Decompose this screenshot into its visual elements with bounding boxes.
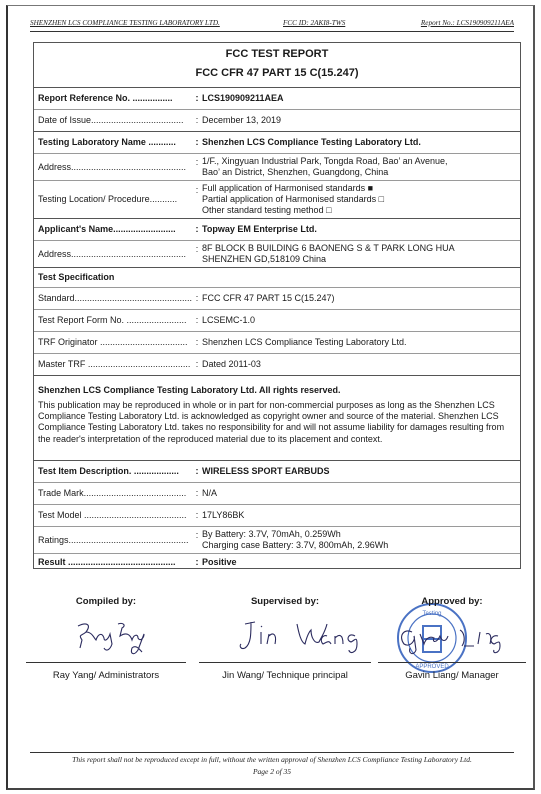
applicant-address-label: Address.................................… [34, 249, 193, 260]
row-lab-address: Address.................................… [34, 153, 520, 180]
row-testing-procedure: Testing Location/ Procedure........... :… [34, 180, 520, 218]
applicant-address-value: 8F BLOCK B BUILDING 6 BAONENG S & T PARK… [201, 243, 520, 265]
rights-heading: Shenzhen LCS Compliance Testing Laborato… [34, 380, 520, 400]
colon: : [193, 137, 201, 148]
row-form-no: Test Report Form No. ...................… [34, 309, 520, 331]
report-title: FCC TEST REPORT FCC CFR 47 PART 15 C(15.… [34, 43, 520, 88]
test-model-label: Test Model .............................… [34, 510, 193, 521]
procedure-option-other: Other standard testing method □ [202, 205, 520, 216]
colon: : [193, 488, 201, 499]
signature-supervised: Supervised by: Jin Wang/ Technique princ… [199, 592, 371, 692]
title-line-1: FCC TEST REPORT [34, 43, 520, 61]
signature-approved: Testing APPROVED Approved by: Gavin Lian… [378, 592, 526, 692]
row-applicant-name: Applicant's Name........................… [34, 218, 520, 240]
signature-compiled: Compiled by: Ray Yang/ Administrators [26, 592, 186, 692]
procedure-option-full: Full application of Harmonised standards… [202, 183, 520, 194]
approved-by-label: Approved by: [378, 596, 526, 607]
supervised-by-label: Supervised by: [199, 596, 371, 607]
row-applicant-address: Address.................................… [34, 240, 520, 267]
colon: : [193, 315, 201, 326]
row-lab-name: Testing Laboratory Name ........... : Sh… [34, 131, 520, 153]
lab-name-value: Shenzhen LCS Compliance Testing Laborato… [201, 137, 520, 148]
master-trf-label: Master TRF .............................… [34, 359, 193, 370]
lab-address-value: 1/F., Xingyuan Industrial Park, Tongda R… [201, 156, 520, 178]
lab-address-line-1: 1/F., Xingyuan Industrial Park, Tongda R… [202, 156, 520, 167]
ratings-label: Ratings.................................… [34, 535, 193, 546]
test-item-value: WIRELESS SPORT EARBUDS [201, 466, 520, 477]
signature-gavin-liang-icon [378, 610, 526, 656]
approved-by-name: Gavin Liang/ Manager [378, 670, 526, 681]
procedure-option-partial: Partial application of Harmonised standa… [202, 194, 520, 205]
colon: : [193, 527, 201, 541]
trade-mark-label: Trade Mark..............................… [34, 488, 193, 499]
applicant-name-value: Topway EM Enterprise Ltd. [201, 224, 520, 235]
checked-box-icon: ■ [368, 183, 373, 193]
form-no-value: LCSEMC-1.0 [201, 315, 520, 326]
colon: : [193, 241, 201, 255]
form-no-label: Test Report Form No. ...................… [34, 315, 193, 326]
procedure-label: Testing Location/ Procedure........... [34, 194, 193, 205]
page-number: Page 2 of 35 [30, 767, 514, 776]
signature-line [26, 662, 186, 663]
ratings-line-1: By Battery: 3.7V, 70mAh, 0.259Wh [202, 529, 520, 540]
rights-section: Shenzhen LCS Compliance Testing Laborato… [34, 375, 520, 460]
row-trade-mark: Trade Mark..............................… [34, 482, 520, 504]
row-report-ref: Report Reference No. ................ : … [34, 88, 520, 109]
lab-address-label: Address.................................… [34, 162, 193, 173]
applicant-address-line-2: SHENZHEN GD,518109 China [202, 254, 520, 265]
report-ref-value: LCS190909211AEA [201, 93, 520, 104]
colon: : [193, 337, 201, 348]
ratings-value: By Battery: 3.7V, 70mAh, 0.259Wh Chargin… [201, 529, 520, 551]
standard-label: Standard................................… [34, 293, 193, 304]
title-line-2: FCC CFR 47 PART 15 C(15.247) [34, 61, 520, 80]
applicant-address-line-1: 8F BLOCK B BUILDING 6 BAONENG S & T PARK… [202, 243, 520, 254]
row-result: Result .................................… [34, 553, 520, 570]
colon: : [193, 557, 201, 568]
footer-note: This report shall not be reproduced exce… [30, 755, 514, 764]
signature-line [378, 662, 526, 663]
test-model-value: 17LY86BK [201, 510, 520, 521]
procedure-options: Full application of Harmonised standards… [201, 183, 520, 216]
signature-jin-wang-icon [199, 610, 371, 656]
signature-ray-yang-icon [26, 610, 186, 656]
colon: : [193, 510, 201, 521]
date-label: Date of Issue...........................… [34, 115, 193, 126]
footer-divider [30, 752, 514, 753]
supervised-by-name: Jin Wang/ Technique principal [199, 670, 371, 681]
compiled-by-label: Compiled by: [26, 596, 186, 607]
colon: : [193, 293, 201, 304]
row-test-item: Test Item Description. .................… [34, 460, 520, 482]
test-item-label: Test Item Description. .................… [34, 466, 193, 477]
applicant-name-label: Applicant's Name........................… [34, 224, 193, 235]
report-ref-label: Report Reference No. ................ [34, 93, 193, 104]
master-trf-value: Dated 2011-03 [201, 359, 520, 370]
lab-address-line-2: Bao’ an District, Shenzhen, Guangdong, C… [202, 167, 520, 178]
compiled-by-name: Ray Yang/ Administrators [26, 670, 186, 681]
signature-line [199, 662, 371, 663]
row-date-of-issue: Date of Issue...........................… [34, 109, 520, 131]
trf-originator-value: Shenzhen LCS Compliance Testing Laborato… [201, 337, 520, 348]
header-fcc-id: FCC ID: 2AKI8-TWS [283, 19, 345, 27]
header-lab-name: SHENZHEN LCS COMPLIANCE TESTING LABORATO… [30, 19, 220, 27]
test-specification-heading: Test Specification [34, 267, 520, 287]
colon: : [193, 359, 201, 370]
row-ratings: Ratings.................................… [34, 526, 520, 553]
colon: : [193, 93, 201, 104]
row-test-model: Test Model .............................… [34, 504, 520, 526]
header-report-no: Report No.: LCS190909211AEA [421, 19, 514, 27]
rights-body: This publication may be reproduced in wh… [34, 400, 520, 460]
colon: : [193, 224, 201, 235]
date-value: December 13, 2019 [201, 115, 520, 126]
colon: : [193, 466, 201, 477]
colon: : [193, 115, 201, 126]
row-standard: Standard................................… [34, 287, 520, 309]
result-value: Positive [201, 557, 520, 568]
unchecked-box-icon: □ [326, 205, 331, 215]
row-master-trf: Master TRF .............................… [34, 353, 520, 375]
standard-value: FCC CFR 47 PART 15 C(15.247) [201, 293, 520, 304]
trf-originator-label: TRF Originator .........................… [34, 337, 193, 348]
running-header: SHENZHEN LCS COMPLIANCE TESTING LABORATO… [30, 19, 514, 32]
lab-name-label: Testing Laboratory Name ........... [34, 137, 193, 148]
trade-mark-value: N/A [201, 488, 520, 499]
colon: : [193, 181, 201, 196]
signature-block: Compiled by: Ray Yang/ Administrators Su… [33, 592, 521, 692]
ratings-line-2: Charging case Battery: 3.7V, 800mAh, 2.9… [202, 540, 520, 551]
row-trf-originator: TRF Originator .........................… [34, 331, 520, 353]
report-summary-table: FCC TEST REPORT FCC CFR 47 PART 15 C(15.… [33, 42, 521, 569]
result-label: Result .................................… [34, 557, 193, 568]
unchecked-box-icon: □ [379, 194, 384, 204]
colon: : [193, 154, 201, 168]
